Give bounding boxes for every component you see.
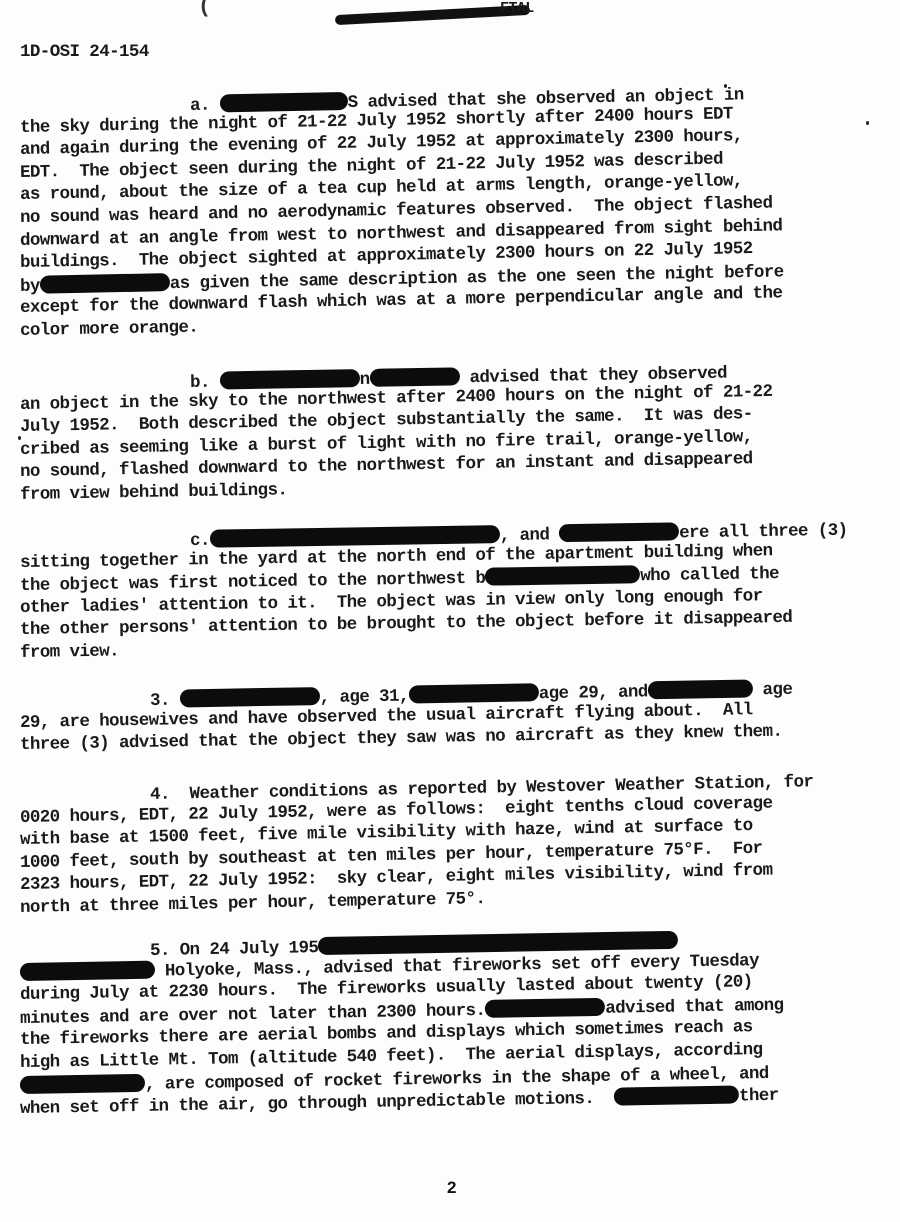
redaction-block xyxy=(369,367,459,387)
typed-text: age xyxy=(753,680,793,701)
redaction-block xyxy=(648,679,753,699)
typed-text: by xyxy=(20,276,40,296)
margin-mark: ( xyxy=(198,0,211,19)
redaction-block xyxy=(409,683,539,703)
redaction-block xyxy=(318,931,678,955)
typed-text: , age 31, xyxy=(320,686,409,708)
typed-text: ere all three (3) xyxy=(679,521,848,544)
typed-text: color more orange. xyxy=(20,318,199,341)
document-page: ( FTAL 1D-OSI 24-154 a. S advised that s… xyxy=(0,0,900,1222)
typed-text: a. xyxy=(190,95,220,116)
typed-text: n xyxy=(360,370,370,390)
paragraph-c-line: from view. xyxy=(20,641,119,663)
redaction-block xyxy=(180,687,320,707)
redaction-block xyxy=(20,1073,145,1093)
redaction-block xyxy=(485,998,605,1018)
typed-text: c. xyxy=(190,531,210,551)
typed-text: age 29, and xyxy=(539,682,648,704)
typed-text: , and xyxy=(500,525,560,546)
typed-text: who called the xyxy=(640,564,779,586)
top-mark: FTAL xyxy=(500,0,534,17)
redaction-block xyxy=(559,522,679,542)
typed-text: b. xyxy=(190,372,220,393)
redaction-block xyxy=(614,1086,739,1106)
page-number: 2 xyxy=(447,1178,456,1198)
typed-text: from view behind buildings. xyxy=(20,480,288,505)
redaction-block xyxy=(485,565,640,585)
typed-text: from view. xyxy=(20,641,119,663)
document-id: 1D-OSI 24-154 xyxy=(20,42,149,62)
redaction-block xyxy=(220,92,348,112)
redaction-block xyxy=(220,369,360,389)
typed-text: ther xyxy=(739,1086,779,1107)
redaction-block xyxy=(40,273,170,293)
paragraph-a-line: color more orange. xyxy=(20,318,199,341)
typed-text: 3. xyxy=(150,690,180,711)
paragraph-b-line: from view behind buildings. xyxy=(20,480,288,505)
redaction-block xyxy=(20,960,155,980)
redaction-block xyxy=(210,525,500,548)
typed-text: advised that among xyxy=(605,995,784,1018)
